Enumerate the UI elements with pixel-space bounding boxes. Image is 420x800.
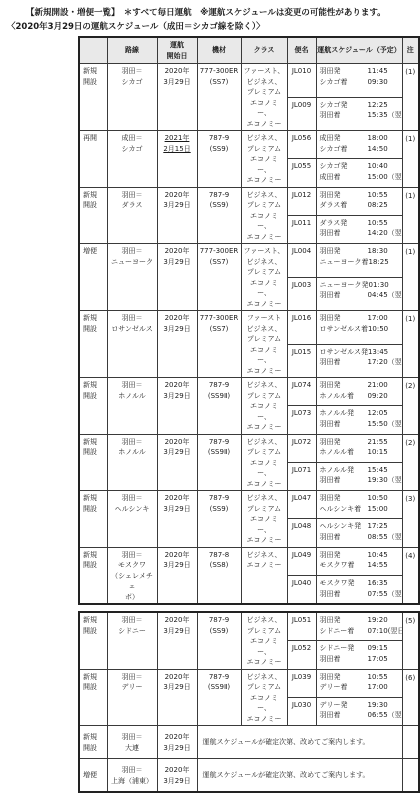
note-cell [402, 726, 419, 759]
start-date-cell: 2020年 3月29日 [157, 669, 197, 726]
table-row: 新規 開設羽田＝ ホノルル2020年 3月29日787-9 (SS9Ⅱ)ビジネス… [79, 378, 419, 406]
cabin-class-cell: ファースト ビジネス、 プレミアム エコノミー、 エコノミー [241, 311, 287, 378]
schedule-leg: 羽田着15:50（翌日） [320, 419, 402, 430]
leg-city: シカゴ発 [320, 161, 368, 172]
route-cell: 羽田＝ シドニー [107, 612, 157, 669]
schedule-leg: 羽田着17:20（翌日） [320, 357, 402, 368]
schedule-leg: デリー発19:30 [320, 700, 402, 711]
start-date-cell: 2020年 3月29日 [157, 547, 197, 604]
schedule-leg: ニューヨーク着18:25 [320, 257, 402, 268]
flight-number-cell: JL072 [287, 434, 316, 462]
table-row: 新規 開設羽田＝ デリー2020年 3月29日787-9 (SS9Ⅱ)ビジネス、… [79, 669, 419, 697]
leg-city: ダラス着 [320, 200, 368, 211]
route-cell: 羽田＝ モスクワ （シェレメチェ ボ） [107, 547, 157, 604]
flight-number-cell: JL009 [287, 97, 316, 131]
leg-time: 21:00 [368, 380, 388, 391]
column-header-7: 注 [402, 37, 419, 64]
aircraft-cell: 787-9 (SS9Ⅱ) [197, 378, 241, 435]
schedule-cell: 羽田発11:45シカゴ着09:30 [316, 64, 402, 98]
leg-time: 13:45 [368, 347, 388, 358]
leg-city: ヘルシンキ着 [320, 504, 368, 515]
route-cell: 羽田＝ ホノルル [107, 434, 157, 491]
schedule-cell: 羽田発10:55ダラス着08:25 [316, 187, 402, 215]
schedule-leg: ニューヨーク発01:30 [320, 280, 402, 291]
leg-city: 羽田着 [320, 475, 368, 486]
flight-number-cell: JL074 [287, 378, 316, 406]
cabin-class-cell: ビジネス、 プレミアム エコノミー、 エコノミー [241, 612, 287, 669]
note-cell: (6) [402, 669, 419, 726]
category-cell: 新規 開設 [79, 187, 107, 244]
schedule-cell: デリー発19:30羽田着06:55（翌日） [316, 697, 402, 725]
column-header-0 [79, 37, 107, 64]
schedule-leg: ホノルル着10:15 [320, 447, 402, 458]
route-cell: 羽田＝ ニューヨーク [107, 244, 157, 311]
schedule-leg: ホノルル着09:20 [320, 391, 402, 402]
start-date-cell: 2020年 3月29日 [157, 311, 197, 378]
leg-city: 羽田着 [320, 654, 368, 665]
cabin-class-cell: ビジネス、 プレミアム エコノミー、 エコノミー [241, 187, 287, 244]
leg-city: ニューヨーク発 [320, 280, 369, 291]
leg-city: シドニー着 [320, 626, 368, 637]
note-cell: (4) [402, 547, 419, 604]
note-cell: (1) [402, 244, 419, 311]
schedule-cell: シドニー発09:15羽田着17:05 [316, 641, 402, 670]
category-cell: 新規 開設 [79, 64, 107, 131]
column-header-2: 運航 開始日 [157, 37, 197, 64]
schedule-cell: ホノルル発15:45羽田着19:30（翌日） [316, 462, 402, 490]
schedule-leg: 成田着15:00（翌日） [320, 172, 402, 183]
leg-city: 羽田着 [320, 357, 368, 368]
leg-time: 07:55（翌日） [368, 589, 403, 600]
route-cell: 羽田＝ デリー [107, 669, 157, 726]
category-cell: 再開 [79, 131, 107, 188]
leg-time: 15:35（翌日） [368, 110, 403, 121]
leg-city: ロサンゼルス発 [320, 347, 368, 358]
flight-number-cell: JL010 [287, 64, 316, 98]
leg-time: 16:35 [368, 578, 388, 589]
flight-number-cell: JL052 [287, 641, 316, 670]
schedule-leg: モスクワ着14:55 [320, 560, 402, 571]
leg-time: 18:00 [368, 133, 388, 144]
cabin-class-cell: ビジネス、 エコノミー [241, 547, 287, 604]
column-header-5: 便名 [287, 37, 316, 64]
flight-number-cell: JL049 [287, 547, 316, 576]
leg-time: 15:50（翌日） [368, 419, 403, 430]
schedule-leg: 羽田着04:45（翌日） [320, 290, 402, 301]
cabin-class-cell: ビジネス、 プレミアム エコノミー、 エコノミー [241, 434, 287, 491]
cabin-class-cell: ファースト、 ビジネス、 プレミアム エコノミー、 エコノミー [241, 244, 287, 311]
leg-time: 10:15 [368, 447, 388, 458]
leg-time: 19:30 [368, 700, 388, 711]
table-row: 再開成田＝ シカゴ2021年 2月15日787-9 (SS9)ビジネス、 プレミ… [79, 131, 419, 159]
flight-number-cell: JL030 [287, 697, 316, 725]
category-cell: 新規 開設 [79, 547, 107, 604]
leg-time: 04:45（翌日） [368, 290, 403, 301]
leg-time: 17:00 [368, 313, 388, 324]
start-date-cell: 2020年 3月29日 [157, 726, 197, 759]
leg-time: 10:45 [368, 550, 388, 561]
message-cell: 運航スケジュールが確定次第、改めてご案内します。 [197, 726, 402, 759]
category-cell: 増便 [79, 759, 107, 793]
schedule-leg: ヘルシンキ着15:00 [320, 504, 402, 515]
message-cell: 運航スケジュールが確定次第、改めてご案内します。 [197, 759, 402, 793]
flight-number-cell: JL012 [287, 187, 316, 215]
table-row: 新規 開設羽田＝ ヘルシンキ2020年 3月29日787-9 (SS9)ビジネス… [79, 491, 419, 519]
table-row: 新規 開設羽田＝ ロサンゼルス2020年 3月29日777-300ER (SS7… [79, 311, 419, 345]
leg-city: 羽田着 [320, 290, 368, 301]
aircraft-cell: 787-9 (SS9Ⅱ) [197, 669, 241, 726]
page-title-line1: 【新規開設・増便一覧】 ＊すべて毎日運航 ※運航スケジュールは変更の可能性があり… [26, 6, 420, 18]
schedule-cell: 羽田発17:00ロサンゼルス着10:50 [316, 311, 402, 345]
route-cell: 成田＝ シカゴ [107, 131, 157, 188]
start-date-cell: 2020年 3月29日 [157, 612, 197, 669]
schedule-cell: モスクワ発16:35羽田着07:55（翌日） [316, 576, 402, 605]
flight-number-cell: JL056 [287, 131, 316, 159]
flight-number-cell: JL048 [287, 519, 316, 547]
leg-time: 17:25 [368, 521, 388, 532]
category-cell: 新規 開設 [79, 491, 107, 548]
flight-number-cell: JL011 [287, 215, 316, 243]
leg-time: 10:55 [368, 672, 388, 683]
aircraft-cell: 777-300ER (SS7) [197, 311, 241, 378]
leg-city: 羽田着 [320, 589, 368, 600]
leg-time: 14:50 [368, 144, 388, 155]
leg-city: 羽田発 [320, 493, 368, 504]
leg-time: 10:50 [368, 493, 388, 504]
schedule-leg: 羽田着14:20（翌日） [320, 228, 402, 239]
leg-city: モスクワ着 [320, 560, 368, 571]
leg-time: 15:00（翌日） [368, 172, 403, 183]
schedule-cell: ダラス発10:55羽田着14:20（翌日） [316, 215, 402, 243]
note-cell: (1) [402, 311, 419, 378]
start-date-cell: 2020年 3月29日 [157, 434, 197, 491]
table-row: 新規 開設羽田＝ ダラス2020年 3月29日787-9 (SS9)ビジネス、 … [79, 187, 419, 215]
column-header-4: クラス [241, 37, 287, 64]
new-routes-table-2: 新規 開設羽田＝ シドニー2020年 3月29日787-9 (SS9)ビジネス、… [78, 611, 420, 793]
flight-number-cell: JL016 [287, 311, 316, 345]
category-cell: 新規 開設 [79, 434, 107, 491]
leg-time: 19:30（翌日） [368, 475, 403, 486]
flight-number-cell: JL040 [287, 576, 316, 605]
schedule-leg: シカゴ発10:40 [320, 161, 402, 172]
schedule-leg: 成田発18:00 [320, 133, 402, 144]
note-cell [402, 759, 419, 793]
leg-city: 羽田発 [320, 615, 368, 626]
schedule-leg: ホノルル発15:45 [320, 465, 402, 476]
leg-time: 17:20（翌日） [368, 357, 403, 368]
column-header-1: 路線 [107, 37, 157, 64]
schedule-leg: シカゴ着14:50 [320, 144, 402, 155]
leg-time: 18:25 [369, 257, 389, 268]
leg-time: 11:45 [368, 66, 388, 77]
schedule-cell: ニューヨーク発01:30羽田着04:45（翌日） [316, 277, 402, 311]
schedule-leg: 羽田発21:55 [320, 437, 402, 448]
note-cell: (1) [402, 187, 419, 244]
note-cell: (1) [402, 64, 419, 131]
leg-city: 羽田発 [320, 313, 368, 324]
category-cell: 増便 [79, 244, 107, 311]
leg-time: 14:20（翌日） [368, 228, 403, 239]
route-cell: 羽田＝ 大連 [107, 726, 157, 759]
schedule-cell: 羽田発21:55ホノルル着10:15 [316, 434, 402, 462]
leg-time: 17:05 [368, 654, 388, 665]
leg-time: 17:00 [368, 682, 388, 693]
leg-city: 羽田着 [320, 228, 368, 239]
category-cell: 新規 開設 [79, 726, 107, 759]
note-cell: (2) [402, 378, 419, 435]
leg-time: 18:30 [368, 246, 388, 257]
route-cell: 羽田＝ ダラス [107, 187, 157, 244]
leg-city: ホノルル発 [320, 408, 368, 419]
leg-time: 07:10(翌日) [368, 626, 403, 637]
route-cell: 羽田＝ 上海（浦東） [107, 759, 157, 793]
flight-number-cell: JL055 [287, 159, 316, 187]
leg-city: ホノルル発 [320, 465, 368, 476]
schedule-leg: 羽田着07:55（翌日） [320, 589, 402, 600]
schedule-cell: 羽田発21:00ホノルル着09:20 [316, 378, 402, 406]
route-cell: 羽田＝ ロサンゼルス [107, 311, 157, 378]
page-title-line2: 〈2020年3月29日の運航スケジュール（成田＝シカゴ線を除く）〉 [7, 20, 420, 32]
new-routes-table-1: 路線運航 開始日機材クラス便名運航スケジュール（予定）注 新規 開設羽田＝ シカ… [78, 36, 420, 605]
category-cell: 新規 開設 [79, 612, 107, 669]
leg-city: 羽田発 [320, 672, 368, 683]
leg-city: デリー発 [320, 700, 368, 711]
leg-time: 10:55 [368, 190, 388, 201]
table-row: 新規 開設羽田＝ ホノルル2020年 3月29日787-9 (SS9Ⅱ)ビジネス… [79, 434, 419, 462]
leg-city: 成田発 [320, 133, 368, 144]
leg-city: ホノルル着 [320, 447, 368, 458]
leg-time: 19:20 [368, 615, 388, 626]
table-row: 新規 開設羽田＝ シカゴ2020年 3月29日777-300ER (SS7)ファ… [79, 64, 419, 98]
leg-time: 21:55 [368, 437, 388, 448]
leg-city: 羽田発 [320, 437, 368, 448]
note-cell: (1) [402, 131, 419, 188]
schedule-leg: シドニー着07:10(翌日) [320, 626, 402, 637]
leg-city: シカゴ発 [320, 100, 368, 111]
schedule-cell: 羽田発18:30ニューヨーク着18:25 [316, 244, 402, 278]
leg-time: 09:15 [368, 643, 388, 654]
schedule-leg: 羽田発17:00 [320, 313, 402, 324]
note-cell: (3) [402, 491, 419, 548]
start-date-cell: 2020年 3月29日 [157, 64, 197, 131]
leg-city: 羽田発 [320, 246, 368, 257]
leg-time: 09:30 [368, 77, 388, 88]
cabin-class-cell: ビジネス、 プレミアム エコノミー、 エコノミー [241, 378, 287, 435]
table-header: 路線運航 開始日機材クラス便名運航スケジュール（予定）注 [79, 37, 419, 64]
flight-number-cell: JL073 [287, 406, 316, 434]
leg-time: 12:05 [368, 408, 388, 419]
leg-time: 14:55 [368, 560, 388, 571]
schedule-leg: ホノルル発12:05 [320, 408, 402, 419]
schedule-leg: 羽田着06:55（翌日） [320, 710, 402, 721]
schedule-leg: 羽田着19:30（翌日） [320, 475, 402, 486]
start-date-cell: 2020年 3月29日 [157, 491, 197, 548]
leg-city: 羽田着 [320, 532, 368, 543]
cabin-class-cell: ビジネス、 プレミアム エコノミー、 エコノミー [241, 491, 287, 548]
aircraft-cell: 787-8 (SS8) [197, 547, 241, 604]
aircraft-cell: 787-9 (SS9) [197, 131, 241, 188]
leg-city: ロサンゼルス着 [320, 324, 368, 335]
route-cell: 羽田＝ ホノルル [107, 378, 157, 435]
category-cell: 新規 開設 [79, 669, 107, 726]
schedule-leg: 羽田着08:55（翌日） [320, 532, 402, 543]
schedule-leg: デリー着17:00 [320, 682, 402, 693]
start-date-cell: 2020年 3月29日 [157, 244, 197, 311]
category-cell: 新規 開設 [79, 311, 107, 378]
flight-number-cell: JL047 [287, 491, 316, 519]
table-row: 新規 開設羽田＝ シドニー2020年 3月29日787-9 (SS9)ビジネス、… [79, 612, 419, 641]
table-row: 増便羽田＝ 上海（浦東）2020年 3月29日運航スケジュールが確定次第、改めて… [79, 759, 419, 793]
schedule-cell: シカゴ発12:25羽田着15:35（翌日） [316, 97, 402, 131]
aircraft-cell: 777-300ER (SS7) [197, 244, 241, 311]
aircraft-cell: 787-9 (SS9Ⅱ) [197, 434, 241, 491]
leg-time: 09:20 [368, 391, 388, 402]
leg-city: ホノルル着 [320, 391, 368, 402]
column-header-3: 機材 [197, 37, 241, 64]
schedule-cell: 羽田発19:20シドニー着07:10(翌日) [316, 612, 402, 641]
flight-number-cell: JL039 [287, 669, 316, 697]
page: 【新規開設・増便一覧】 ＊すべて毎日運航 ※運航スケジュールは変更の可能性があり… [0, 0, 420, 793]
leg-city: 羽田発 [320, 380, 368, 391]
cabin-class-cell: ビジネス、 プレミアム エコノミー、 エコノミー [241, 131, 287, 188]
note-cell: (5) [402, 612, 419, 669]
schedule-leg: シカゴ着09:30 [320, 77, 402, 88]
schedule-leg: ヘルシンキ発17:25 [320, 521, 402, 532]
leg-city: シドニー発 [320, 643, 368, 654]
leg-city: 羽田着 [320, 110, 368, 121]
flight-number-cell: JL003 [287, 277, 316, 311]
cabin-class-cell: ビジネス、 プレミアム エコノミー、 エコノミー [241, 669, 287, 726]
schedule-cell: ロサンゼルス発13:45羽田着17:20（翌日） [316, 344, 402, 378]
leg-time: 10:50 [368, 324, 388, 335]
table-row: 新規 開設羽田＝ モスクワ （シェレメチェ ボ）2020年 3月29日787-8… [79, 547, 419, 576]
schedule-leg: 羽田発10:50 [320, 493, 402, 504]
schedule-cell: 羽田発10:45モスクワ着14:55 [316, 547, 402, 576]
schedule-leg: 羽田発18:30 [320, 246, 402, 257]
schedule-leg: ロサンゼルス着10:50 [320, 324, 402, 335]
leg-city: 成田着 [320, 172, 368, 183]
schedule-leg: 羽田発11:45 [320, 66, 402, 77]
leg-city: ダラス発 [320, 218, 368, 229]
leg-city: ニューヨーク着 [320, 257, 369, 268]
leg-time: 01:30 [369, 280, 389, 291]
aircraft-cell: 787-9 (SS9) [197, 491, 241, 548]
leg-time: 10:40 [368, 161, 388, 172]
leg-time: 15:45 [368, 465, 388, 476]
leg-city: モスクワ発 [320, 578, 368, 589]
leg-city: シカゴ着 [320, 144, 368, 155]
start-date-cell: 2020年 3月29日 [157, 759, 197, 793]
leg-time: 08:55（翌日） [368, 532, 403, 543]
cabin-class-cell: ファースト、 ビジネス、 プレミアム エコノミー、 エコノミー [241, 64, 287, 131]
route-cell: 羽田＝ シカゴ [107, 64, 157, 131]
schedule-leg: 羽田着15:35（翌日） [320, 110, 402, 121]
leg-time: 10:55 [368, 218, 388, 229]
schedule-cell: ヘルシンキ発17:25羽田着08:55（翌日） [316, 519, 402, 547]
leg-time: 08:25 [368, 200, 388, 211]
flight-number-cell: JL004 [287, 244, 316, 278]
aircraft-cell: 787-9 (SS9) [197, 612, 241, 669]
leg-time: 06:55（翌日） [368, 710, 403, 721]
schedule-leg: 羽田発10:55 [320, 190, 402, 201]
schedule-cell: ホノルル発12:05羽田着15:50（翌日） [316, 406, 402, 434]
leg-city: シカゴ着 [320, 77, 368, 88]
schedule-leg: 羽田着17:05 [320, 654, 402, 665]
schedule-leg: シカゴ発12:25 [320, 100, 402, 111]
schedule-leg: 羽田発10:55 [320, 672, 402, 683]
flight-number-cell: JL051 [287, 612, 316, 641]
leg-city: 羽田発 [320, 66, 368, 77]
schedule-cell: 成田発18:00シカゴ着14:50 [316, 131, 402, 159]
schedule-leg: 羽田発19:20 [320, 615, 402, 626]
schedule-cell: 羽田発10:50ヘルシンキ着15:00 [316, 491, 402, 519]
category-cell: 新規 開設 [79, 378, 107, 435]
schedule-leg: ダラス着08:25 [320, 200, 402, 211]
schedule-leg: モスクワ発16:35 [320, 578, 402, 589]
table-row: 新規 開設羽田＝ 大連2020年 3月29日運航スケジュールが確定次第、改めてご… [79, 726, 419, 759]
schedule-cell: シカゴ発10:40成田着15:00（翌日） [316, 159, 402, 187]
schedule-leg: 羽田発10:45 [320, 550, 402, 561]
leg-city: ヘルシンキ発 [320, 521, 368, 532]
schedule-leg: ロサンゼルス発13:45 [320, 347, 402, 358]
table-row: 増便羽田＝ ニューヨーク2020年 3月29日777-300ER (SS7)ファ… [79, 244, 419, 278]
note-cell: (2) [402, 434, 419, 491]
leg-city: 羽田発 [320, 550, 368, 561]
start-date-cell: 2020年 3月29日 [157, 187, 197, 244]
schedule-leg: シドニー発09:15 [320, 643, 402, 654]
leg-city: 羽田着 [320, 419, 368, 430]
leg-time: 15:00 [368, 504, 388, 515]
leg-time: 12:25 [368, 100, 388, 111]
flight-number-cell: JL071 [287, 462, 316, 490]
route-cell: 羽田＝ ヘルシンキ [107, 491, 157, 548]
schedule-leg: 羽田発21:00 [320, 380, 402, 391]
column-header-6: 運航スケジュール（予定） [316, 37, 402, 64]
aircraft-cell: 787-9 (SS9) [197, 187, 241, 244]
flight-number-cell: JL015 [287, 344, 316, 378]
schedule-leg: ダラス発10:55 [320, 218, 402, 229]
start-date-cell: 2021年 2月15日 [157, 131, 197, 188]
leg-city: 羽田発 [320, 190, 368, 201]
schedule-cell: 羽田発10:55デリー着17:00 [316, 669, 402, 697]
leg-city: デリー着 [320, 682, 368, 693]
aircraft-cell: 777-300ER (SS7) [197, 64, 241, 131]
leg-city: 羽田着 [320, 710, 368, 721]
start-date-cell: 2020年 3月29日 [157, 378, 197, 435]
